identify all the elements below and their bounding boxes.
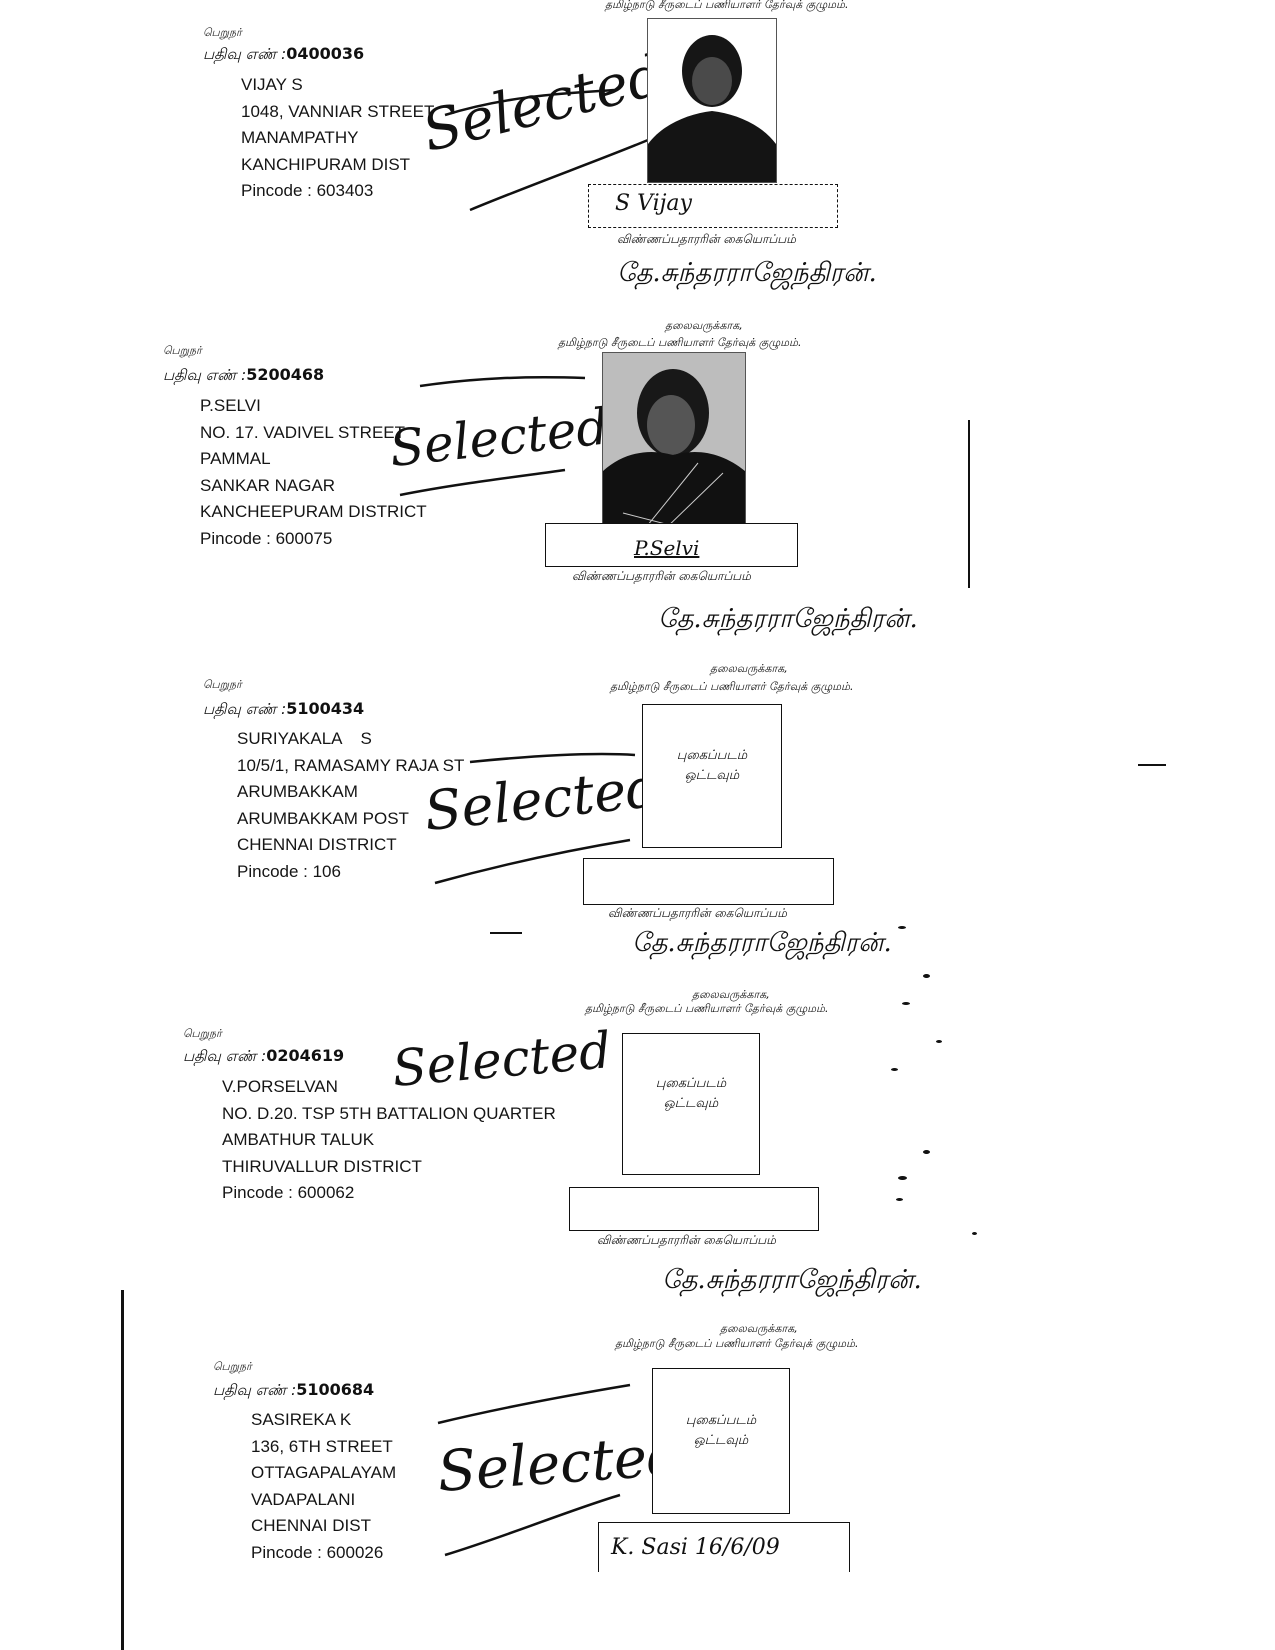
photo-placeholder-text: ஒட்டவும் bbox=[664, 1094, 719, 1114]
registration-label: பதிவு எண் : bbox=[203, 700, 286, 718]
recipient-label: பெறுநர் bbox=[183, 1027, 222, 1042]
registration-number-line: பதிவு எண் :5100684 bbox=[213, 1380, 374, 1401]
registration-number-line: பதிவு எண் :5200468 bbox=[163, 365, 324, 386]
registration-number: 0204619 bbox=[266, 1046, 344, 1065]
registration-number-line: பதிவு எண் :0400036 bbox=[203, 44, 364, 65]
applicant-signature-caption: விண்ணப்பதாரரின் கையொப்பம் bbox=[608, 906, 787, 922]
applicant-signature: S Vijay bbox=[615, 191, 692, 216]
address-line: CHENNAI DIST bbox=[251, 1513, 396, 1540]
address-line: VADAPALANI bbox=[251, 1487, 396, 1514]
recipient-label: பெறுநர் bbox=[203, 678, 242, 693]
address-block: SASIREKA K 136, 6TH STREET OTTAGAPALAYAM… bbox=[251, 1407, 396, 1566]
address-line: THIRUVALLUR DISTRICT bbox=[222, 1154, 556, 1181]
registration-number: 5100434 bbox=[286, 699, 364, 718]
applicant-signature-box bbox=[569, 1187, 819, 1231]
chairman-signature: தே.சுந்தரராஜேந்திரன். bbox=[662, 1265, 922, 1298]
address-block: V.PORSELVAN NO. D.20. TSP 5TH BATTALION … bbox=[222, 1074, 556, 1207]
scan-speck bbox=[898, 1176, 907, 1180]
for-chairman-label: தலைவருக்காக, bbox=[710, 662, 788, 677]
recipient-label: பெறுநர் bbox=[163, 344, 202, 359]
committee-label: தமிழ்நாடு சீருடைப் பணியாளர் தேர்வுக் குழ… bbox=[558, 336, 801, 351]
address-line: SASIREKA K bbox=[251, 1407, 396, 1434]
registration-number-line: பதிவு எண் :0204619 bbox=[183, 1046, 344, 1067]
scan-speck bbox=[923, 1150, 930, 1154]
scan-speck bbox=[896, 1198, 903, 1201]
scan-margin-line bbox=[968, 420, 970, 588]
applicant-signature-caption: விண்ணப்பதாரரின் கையொப்பம் bbox=[572, 569, 751, 585]
registration-number: 0400036 bbox=[286, 44, 364, 63]
address-line: MANAMPATHY bbox=[241, 125, 434, 152]
person-silhouette-icon bbox=[648, 19, 776, 182]
for-chairman-label: தலைவருக்காக, bbox=[665, 319, 743, 334]
committee-line-top: தமிழ்நாடு சீருடைப் பணியாளர் தேர்வுக் குழ… bbox=[605, 0, 848, 13]
scan-speck bbox=[891, 1068, 898, 1071]
photo-placeholder-box: புகைப்படம் ஒட்டவும் bbox=[642, 704, 782, 848]
address-line: Pincode : 600062 bbox=[222, 1180, 556, 1207]
registration-label: பதிவு எண் : bbox=[203, 45, 286, 63]
address-block: VIJAY S 1048, VANNIAR STREET MANAMPATHY … bbox=[241, 72, 434, 205]
address-line: 1048, VANNIAR STREET bbox=[241, 99, 434, 126]
registration-number: 5200468 bbox=[246, 365, 324, 384]
committee-label: தமிழ்நாடு சீருடைப் பணியாளர் தேர்வுக் குழ… bbox=[585, 1002, 828, 1017]
recipient-label: பெறுநர் bbox=[203, 26, 242, 41]
registration-number-line: பதிவு எண் :5100434 bbox=[203, 699, 364, 720]
applicant-signature-box: P.Selvi bbox=[545, 523, 798, 567]
address-line: NO. D.20. TSP 5TH BATTALION QUARTER bbox=[222, 1101, 556, 1128]
registration-label: பதிவு எண் : bbox=[213, 1381, 296, 1399]
photo-placeholder-text: புகைப்படம் bbox=[656, 1074, 726, 1094]
applicant-signature-box bbox=[583, 858, 834, 905]
address-line: 136, 6TH STREET bbox=[251, 1434, 396, 1461]
address-line: KANCHEEPURAM DISTRICT bbox=[200, 499, 427, 526]
for-chairman-label: தலைவருக்காக, bbox=[720, 1322, 798, 1337]
address-line: KANCHIPURAM DIST bbox=[241, 152, 434, 179]
address-line: VIJAY S bbox=[241, 72, 434, 99]
scan-speck bbox=[902, 1002, 910, 1005]
photo-placeholder-text: புகைப்படம் bbox=[686, 1411, 756, 1431]
scan-speck bbox=[923, 974, 930, 978]
applicant-signature-caption: விண்ணப்பதாரரின் கையொப்பம் bbox=[597, 1233, 776, 1249]
person-silhouette-icon bbox=[603, 353, 745, 531]
address-line: SURIYAKALA S bbox=[237, 726, 464, 753]
applicant-photo bbox=[602, 352, 746, 532]
applicant-signature-caption: விண்ணப்பதாரரின் கையொப்பம் bbox=[617, 232, 796, 248]
address-line: Pincode : 600026 bbox=[251, 1540, 396, 1567]
photo-placeholder-box: புகைப்படம் ஒட்டவும் bbox=[652, 1368, 790, 1514]
registration-label: பதிவு எண் : bbox=[183, 1047, 266, 1065]
scan-speck bbox=[936, 1040, 942, 1043]
committee-label: தமிழ்நாடு சீருடைப் பணியாளர் தேர்வுக் குழ… bbox=[610, 680, 853, 695]
chairman-signature: தே.சுந்தரராஜேந்திரன். bbox=[617, 258, 877, 291]
applicant-signature-box: K. Sasi 16/6/09 bbox=[598, 1522, 850, 1572]
committee-label: தமிழ்நாடு சீருடைப் பணியாளர் தேர்வுக் குழ… bbox=[615, 1337, 858, 1352]
scan-margin-line bbox=[121, 1290, 124, 1650]
photo-placeholder-text: ஒட்டவும் bbox=[685, 766, 740, 786]
applicant-signature: P.Selvi bbox=[634, 536, 699, 560]
address-line: OTTAGAPALAYAM bbox=[251, 1460, 396, 1487]
scan-speck bbox=[898, 926, 906, 929]
registration-label: பதிவு எண் : bbox=[163, 366, 246, 384]
scan-speck bbox=[972, 1232, 977, 1235]
applicant-photo bbox=[647, 18, 777, 183]
selected-stamp-text: Selected bbox=[390, 1021, 613, 1098]
applicant-signature: K. Sasi 16/6/09 bbox=[611, 1535, 780, 1560]
scan-mark bbox=[1138, 764, 1166, 766]
photo-placeholder-text: ஒட்டவும் bbox=[694, 1431, 749, 1451]
address-line: P.SELVI bbox=[200, 393, 427, 420]
address-line: Pincode : 603403 bbox=[241, 178, 434, 205]
chairman-signature: தே.சுந்தரராஜேந்திரன். bbox=[632, 928, 892, 961]
scan-mark bbox=[490, 932, 522, 934]
registration-number: 5100684 bbox=[296, 1380, 374, 1399]
chairman-signature: தே.சுந்தரராஜேந்திரன். bbox=[658, 604, 918, 637]
address-line: AMBATHUR TALUK bbox=[222, 1127, 556, 1154]
photo-placeholder-box: புகைப்படம் ஒட்டவும் bbox=[622, 1033, 760, 1175]
recipient-label: பெறுநர் bbox=[213, 1360, 252, 1375]
photo-placeholder-text: புகைப்படம் bbox=[677, 746, 747, 766]
for-chairman-label: தலைவருக்காக, bbox=[692, 988, 770, 1003]
address-line: Pincode : 600075 bbox=[200, 526, 427, 553]
applicant-signature-box: S Vijay bbox=[588, 184, 838, 228]
